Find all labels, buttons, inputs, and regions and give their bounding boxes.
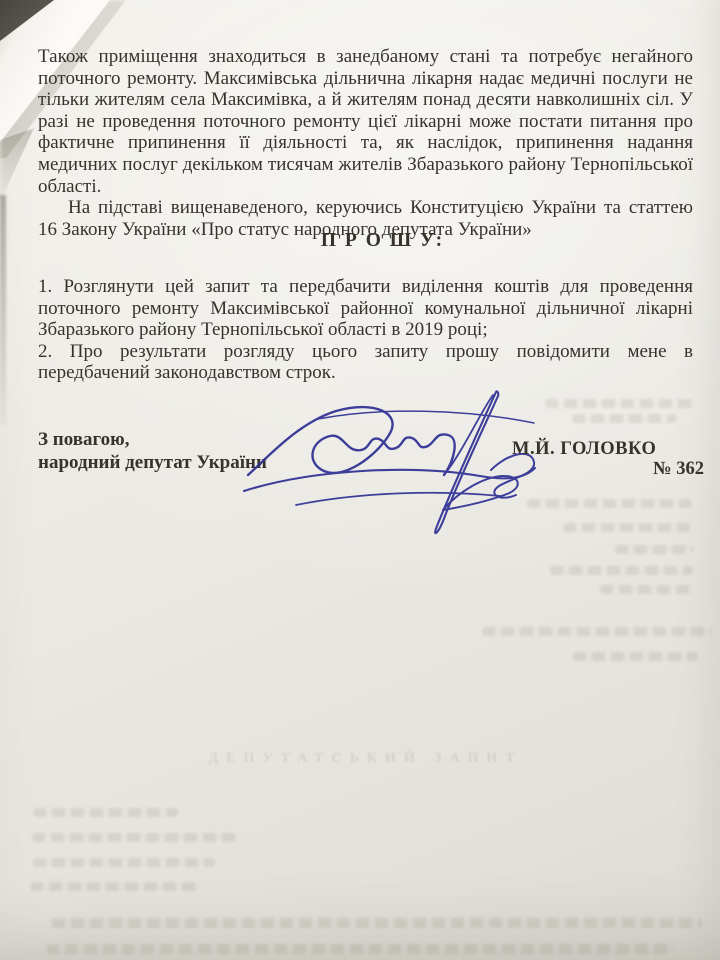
closing-block: З повагою, народний депутат України — [38, 428, 267, 474]
signer-title: народний депутат України — [38, 451, 267, 474]
page-left-edge-shadow — [0, 195, 6, 425]
request-item-1: 1. Розглянути цей запит та передбачити в… — [38, 276, 693, 341]
bleed-through-line — [46, 944, 674, 954]
bleed-through-line — [573, 652, 698, 661]
letter-body: Також приміщення знаходиться в занедбано… — [38, 46, 693, 240]
document-photo: Також приміщення знаходиться в занедбано… — [0, 0, 720, 960]
bleed-through-line — [52, 918, 702, 928]
request-heading: П Р О Ш У: — [38, 230, 693, 252]
bleed-through-line — [545, 399, 695, 408]
bleed-through-line — [527, 499, 692, 508]
request-item-2: 2. Про результати розгляду цього запиту … — [38, 341, 693, 384]
bleed-through-line — [600, 585, 693, 594]
continuation-paragraph: Також приміщення знаходиться в занедбано… — [38, 46, 693, 197]
bleed-through-line — [33, 858, 215, 867]
signatory-name: М.Й. ГОЛОВКО — [512, 439, 656, 460]
closing-salutation: З повагою, — [38, 428, 267, 451]
signature-svg — [240, 383, 540, 553]
bleed-through-line — [30, 882, 198, 891]
bleed-through-line — [572, 414, 677, 423]
bleed-through-line — [615, 545, 693, 554]
bleed-through-line — [550, 566, 693, 575]
bleed-through-line — [32, 833, 237, 842]
bleed-through-line — [33, 808, 178, 817]
bleed-through-line — [563, 523, 691, 532]
request-number: № 362 — [598, 459, 704, 480]
bleed-through-heading: ДЕПУТАТСЬКИЙ ЗАПИТ — [38, 751, 693, 767]
signature-scribble — [240, 383, 540, 553]
request-items: 1. Розглянути цей запит та передбачити в… — [38, 276, 693, 384]
bleed-through-line — [482, 627, 712, 636]
